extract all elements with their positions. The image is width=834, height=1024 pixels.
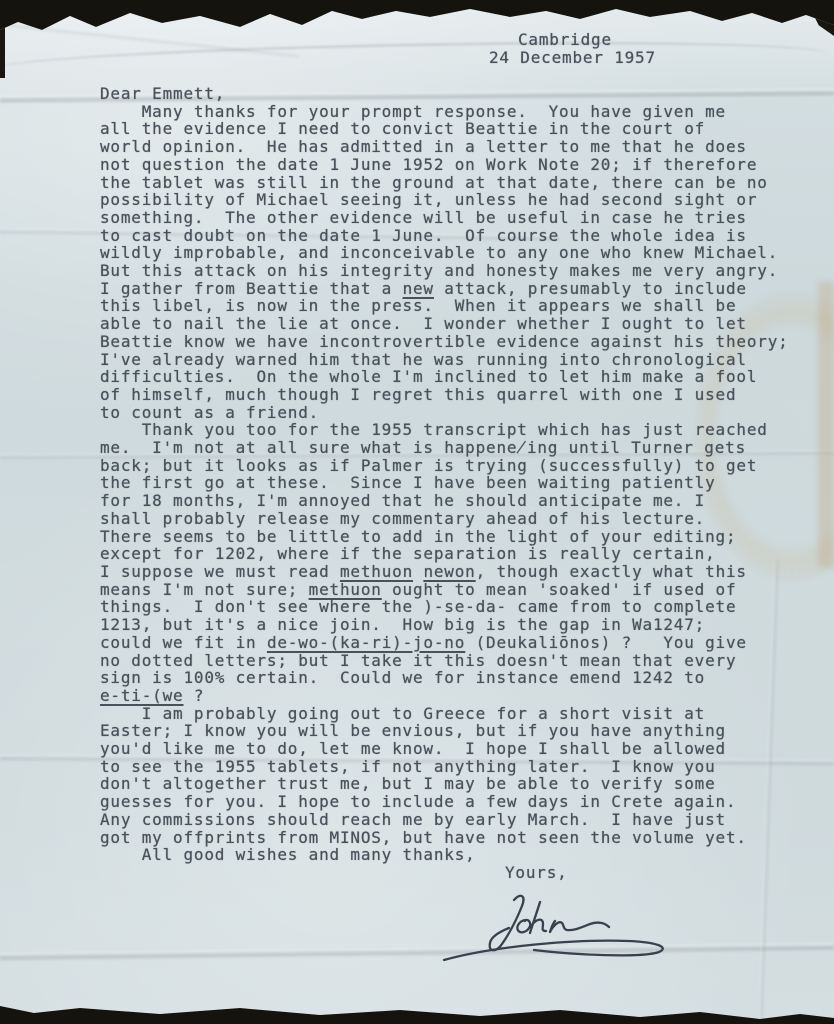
letter-line: back; but it looks as if Palmer is tryin… [100, 457, 810, 475]
letter-line: I've already warned him that he was runn… [100, 351, 810, 369]
letter-line: shall probably release my commentary ahe… [100, 510, 810, 528]
letter-line: All good wishes and many thanks, [100, 846, 810, 864]
letter-line: Any commissions should reach me by early… [100, 811, 810, 829]
letter-line: all the evidence I need to convict Beatt… [100, 120, 810, 138]
letter-line: difficulties. On the whole I'm inclined … [100, 368, 810, 386]
letter-line: to see the 1955 tablets, if not anything… [100, 758, 810, 776]
letter-body-block: Dear Emmett, Many thanks for your prompt… [100, 85, 810, 882]
letter-line: this libel, is now in the press. When it… [100, 297, 810, 315]
letter-paper: Cambridge 24 December 1957 Dear Emmett, … [0, 0, 834, 1024]
scan-background-sliver [0, 0, 5, 78]
letter-line: not question the date 1 June 1952 on Wor… [100, 156, 810, 174]
letter-line: sign is 100% certain. Could we for insta… [100, 669, 810, 687]
scanned-letter: Cambridge 24 December 1957 Dear Emmett, … [0, 0, 834, 1024]
letter-line: something. The other evidence will be us… [100, 209, 810, 227]
letter-line: don't altogether trust me, but I may be … [100, 775, 810, 793]
letter-line: except for 1202, where if the separation… [100, 545, 810, 563]
letter-line: wildly improbable, and inconceivable to … [100, 244, 810, 262]
letter-line: could we fit in de-wo-(ka-ri)-jo-no (Deu… [100, 634, 810, 652]
letter-line: possibility of Michael seeing it, unless… [100, 191, 810, 209]
letter-line: But this attack on his integrity and hon… [100, 262, 810, 280]
paper-crease [0, 943, 834, 962]
letter-line: no dotted letters; but I take it this do… [100, 652, 810, 670]
letter-line: the tablet was still in the ground at th… [100, 174, 810, 192]
letter-heading: Cambridge 24 December 1957 [489, 31, 656, 66]
letter-body: Many thanks for your prompt response. Yo… [100, 103, 810, 864]
letter-line: There seems to be little to add in the l… [100, 528, 810, 546]
letter-line: things. I don't see where the )-se-da- c… [100, 598, 810, 616]
letter-date: 24 December 1957 [489, 49, 656, 67]
signature-flourish-stroke [444, 941, 663, 960]
letter-line: of himself, much though I regret this qu… [100, 386, 810, 404]
letter-place: Cambridge [489, 31, 656, 49]
letter-line: e-ti-(we ? [100, 687, 810, 705]
letter-line: I suppose we must read methuon newon, th… [100, 563, 810, 581]
letter-line: Thank you too for the 1955 transcript wh… [100, 421, 810, 439]
letter-line: I am probably going out to Greece for a … [100, 705, 810, 723]
letter-line: you'd like me to do, let me know. I hope… [100, 740, 810, 758]
letter-line: to count as a friend. [100, 404, 810, 422]
letter-line: got my offprints from MINOS, but have no… [100, 829, 810, 847]
letter-line: able to nail the lie at once. I wonder w… [100, 315, 810, 333]
letter-line: Easter; I know you will be envious, but … [100, 722, 810, 740]
letter-line: Beattie know we have incontrovertible ev… [100, 333, 810, 351]
letter-line: for 18 months, I'm annoyed that he shoul… [100, 492, 810, 510]
letter-line: me. I'm not at all sure what is happene̸… [100, 439, 810, 457]
letter-line: means I'm not sure; methuon ought to mea… [100, 581, 810, 599]
letter-salutation: Dear Emmett, [100, 85, 810, 103]
letter-line: Many thanks for your prompt response. Yo… [100, 103, 810, 121]
signature-john: John [428, 884, 698, 970]
letter-line: 1213, but it's a nice join. How big is t… [100, 616, 810, 634]
letter-line: the first go at these. Since I have been… [100, 474, 810, 492]
letter-line: guesses for you. I hope to include a few… [100, 793, 810, 811]
letter-line: world opinion. He has admitted in a lett… [100, 138, 810, 156]
paper-edge-stain [818, 282, 834, 568]
letter-line: I gather from Beattie that a new attack,… [100, 280, 810, 298]
letter-line: to cast doubt on the date 1 June. Of cou… [100, 227, 810, 245]
letter-valediction: Yours, [100, 864, 810, 882]
scan-background-corner [800, 0, 834, 36]
paper-fold-edge [0, 36, 828, 88]
